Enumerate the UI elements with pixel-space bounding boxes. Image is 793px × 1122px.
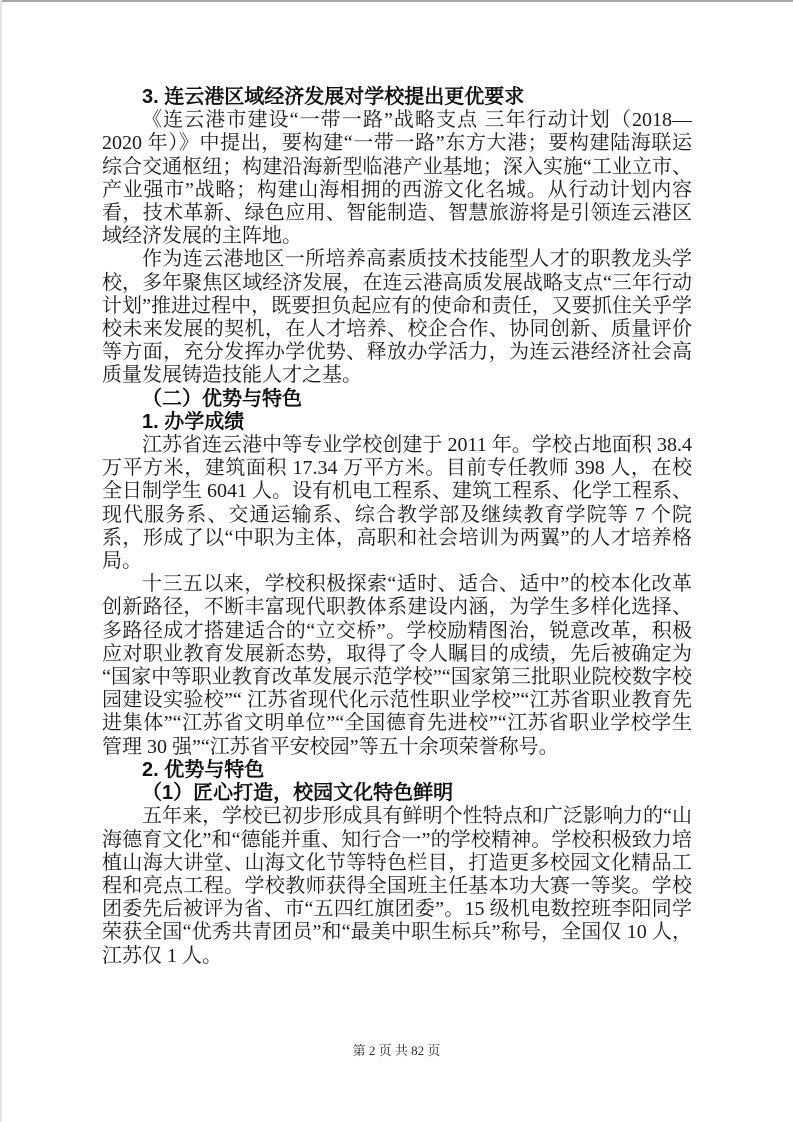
page-top-edge bbox=[0, 0, 793, 2]
body-paragraph: 作为连云港地区一所培养高素质技术技能型人才的职教龙头学校，多年聚焦区域经济发展，… bbox=[102, 248, 692, 387]
body-paragraph: 《连云港市建设“一带一路”战略支点 三年行动计划（2018—2020 年）》中提… bbox=[102, 109, 692, 248]
document-body: 3. 连云港区域经济发展对学校提出更优要求 《连云港市建设“一带一路”战略支点 … bbox=[102, 86, 692, 968]
page-number-footer: 第 2 页 共 82 页 bbox=[0, 1040, 793, 1059]
section-heading-advantages: （二）优势与特色 bbox=[102, 388, 692, 411]
document-page: { "colors": { "page_background": "#fffff… bbox=[0, 0, 793, 1122]
section-heading-advantages-features: 2. 优势与特色 bbox=[102, 759, 692, 782]
section-heading-campus-culture: （1）匠心打造，校园文化特色鲜明 bbox=[102, 782, 692, 805]
section-heading-regional-economy: 3. 连云港区域经济发展对学校提出更优要求 bbox=[102, 86, 692, 109]
section-heading-school-achievements: 1. 办学成绩 bbox=[102, 411, 692, 434]
body-paragraph: 五年来，学校已初步形成具有鲜明个性特点和广泛影响力的“山海德育文化”和“德能并重… bbox=[102, 805, 692, 967]
body-paragraph: 江苏省连云港中等专业学校创建于 2011 年。学校占地面积 38.4 万平方米，… bbox=[102, 434, 692, 573]
page-left-edge bbox=[0, 0, 2, 1122]
body-paragraph: 十三五以来，学校积极探索“适时、适合、适中”的校本化改革创新路径，不断丰富现代职… bbox=[102, 573, 692, 759]
